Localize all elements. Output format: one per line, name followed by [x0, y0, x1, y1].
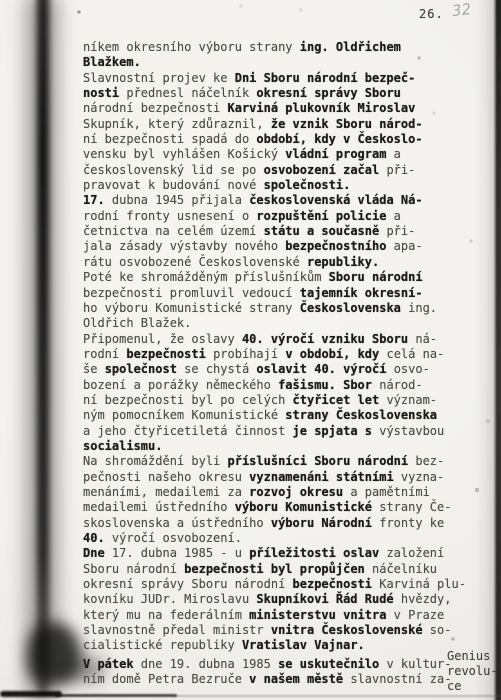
- scan-noise: [0, 0, 2, 2]
- text-line: četnictva na celém území státu a současn…: [83, 224, 483, 239]
- text-line: pravovat k budování nové společnosti.: [83, 178, 483, 193]
- text-column: níkem okresního výboru strany ing. Oldři…: [83, 40, 483, 687]
- text-line: 40. výročí osvobození.: [83, 531, 483, 546]
- paragraph: Na shromáždění byli příslušníci Sboru ná…: [83, 454, 483, 546]
- text-line: Blažkem.: [83, 55, 483, 70]
- text-line: Poté ke shromážděným příslušníkům Sboru …: [83, 270, 483, 285]
- text-line: menáními, medailemi za rozvoj okresu a p…: [83, 485, 483, 500]
- paragraph: V pátek dne 19. dubna 1985 se uskutečnil…: [83, 657, 483, 688]
- margin-note: Geniusrevolu-ce: [447, 649, 498, 695]
- text-line: Připomenul, že oslavy 40. výročí vzniku …: [83, 332, 483, 347]
- bottom-edge-mark: [55, 694, 177, 697]
- text-line: Na shromáždění byli příslušníci Sboru ná…: [83, 454, 483, 469]
- text-line: Dne 17. dubna 1985 - u příležitosti osla…: [83, 546, 483, 561]
- paragraph: Dne 17. dubna 1985 - u příležitosti osla…: [83, 546, 483, 653]
- text-line: a jeho čtyřicetiletá činnost je spjata s…: [83, 424, 483, 439]
- page-number-typed: 26.: [419, 7, 444, 21]
- text-line: rátu osvobozené Československé republiky…: [83, 255, 483, 270]
- text-line: československý lid se po osvobození zača…: [83, 163, 483, 178]
- text-line: národní bezpečnosti Karviná plukovník Mi…: [83, 101, 483, 116]
- text-line: ním domě Petra Bezruče v našem městě sla…: [83, 672, 483, 687]
- text-line: ce: [447, 679, 498, 694]
- text-line: jala zásady výstavby nového bezpečnostní…: [83, 239, 483, 254]
- text-line: ho výboru Komunistické strany Českoslove…: [83, 301, 483, 316]
- text-line: revolu-: [447, 664, 498, 679]
- text-line: kovníku JUDr. Miroslavu Skupníkovi Řád R…: [83, 592, 483, 607]
- paragraph: Poté ke shromážděným příslušníkům Sboru …: [83, 270, 483, 331]
- paragraph: 17. dubna 1945 přijala československá vl…: [83, 193, 483, 270]
- bottom-edge-mark: [172, 695, 501, 697]
- text-line: cialistické republiky Vratislav Vajnar.: [83, 638, 483, 653]
- text-line: skoslovenska a ústředního výboru Národní…: [83, 516, 483, 531]
- page-edge-shadow: [495, 0, 501, 700]
- text-line: bezpečnosti promluvil vedoucí tajemník o…: [83, 286, 483, 301]
- text-line: bození a porážky německého fašismu. Sbor…: [83, 378, 483, 393]
- text-line: 17. dubna 1945 přijala československá vl…: [83, 193, 483, 208]
- page-number-handwritten: 32: [451, 0, 472, 20]
- scanned-page: 26. 32 níkem okresního výboru strany ing…: [0, 0, 501, 700]
- text-line: še společnost se chystá oslavit 40. výro…: [83, 362, 483, 377]
- text-line: ným pomocníkem Komunistické strany Česko…: [83, 408, 483, 423]
- bottom-edge-mark: [0, 691, 62, 697]
- binding-shadow: [37, 0, 49, 694]
- text-line: Skupník, který zdůraznil, že vznik Sboru…: [83, 117, 483, 132]
- text-line: Oldřich Blažek.: [83, 316, 483, 331]
- text-line: rodní fronty usnesení o rozpuštění polic…: [83, 209, 483, 224]
- text-line: socialismu.: [83, 439, 483, 454]
- paragraph: Slavnostní projev ke Dni Sboru národní b…: [83, 71, 483, 194]
- text-line: níkem okresního výboru strany ing. Oldři…: [83, 40, 483, 55]
- text-line: rodní bezpečnosti probíhají v období, kd…: [83, 347, 483, 362]
- text-line: ní bezpečnosti spadá do období, kdy v Če…: [83, 132, 483, 147]
- paragraph: Připomenul, že oslavy 40. výročí vzniku …: [83, 332, 483, 455]
- text-line: pečnosti našeho okresu vyznamenáni státn…: [83, 470, 483, 485]
- text-line: nosti přednesl náčelník okresní správy S…: [83, 86, 483, 101]
- text-line: Slavnostní projev ke Dni Sboru národní b…: [83, 71, 483, 86]
- text-line: ní bezpečnosti byl po celých čtyřicet le…: [83, 393, 483, 408]
- text-line: V pátek dne 19. dubna 1985 se uskutečnil…: [83, 657, 483, 672]
- text-line: slavnostně předal ministr vnitra Českosl…: [83, 623, 483, 638]
- text-line: Sboru národní bezpečnosti byl propůjčen …: [83, 562, 483, 577]
- paragraph: níkem okresního výboru strany ing. Oldři…: [83, 40, 483, 71]
- text-line: Genius: [447, 649, 498, 664]
- text-line: medailemi ústředního výboru Komunistické…: [83, 500, 483, 515]
- text-line: vensku byl vyhlášen Košický vládní progr…: [83, 147, 483, 162]
- text-line: okresní správy Sboru národní bezpečnosti…: [83, 577, 483, 592]
- text-line: který mu na federálním ministerstvu vnit…: [83, 608, 483, 623]
